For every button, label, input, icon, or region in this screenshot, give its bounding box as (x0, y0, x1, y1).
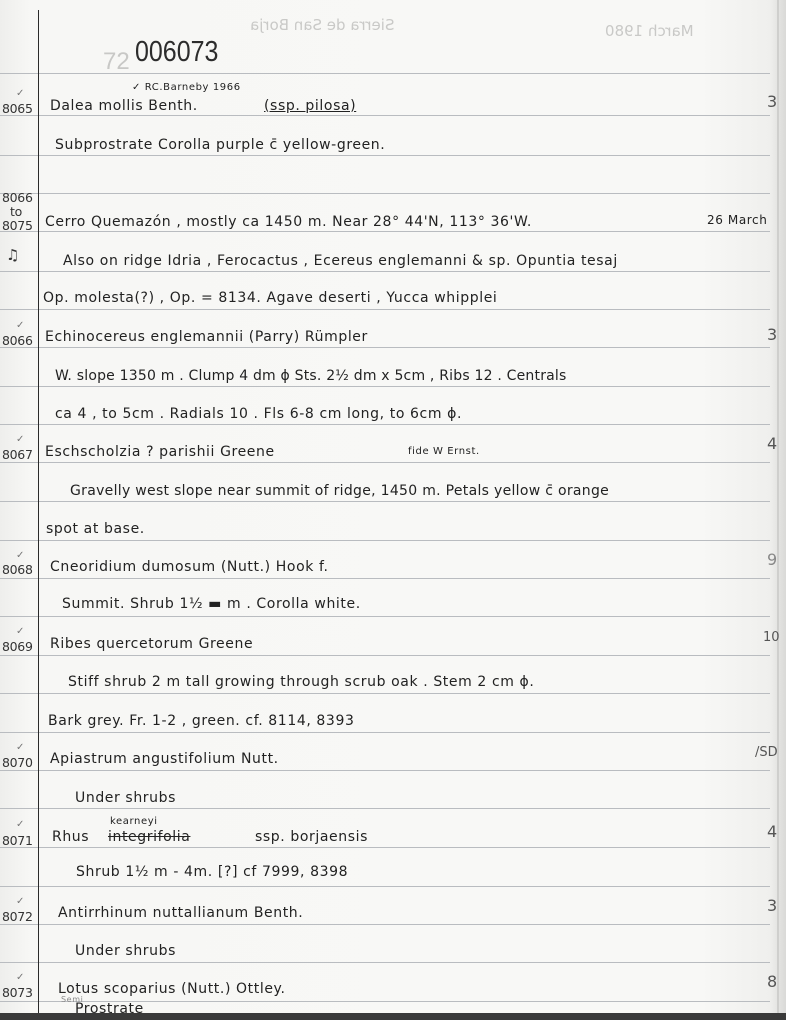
taxon-annotation: (ssp. pilosa) (264, 98, 356, 114)
accession-stamp: 006073 (135, 36, 218, 69)
check-mark: ✓ (16, 320, 24, 331)
locality-line: Op. molesta(?) , Op. = 8134. Agave deser… (43, 290, 497, 306)
ruled-line (0, 462, 770, 463)
entry-note: Prostrate (75, 1001, 144, 1017)
music-note-icon: ♫ (6, 246, 19, 264)
taxon-name: Ribes quercetorum Greene (50, 636, 253, 652)
stamp-ghost-number: 72 (103, 48, 130, 76)
entry-number: 8068 (2, 562, 33, 577)
entry-note: Under shrubs (75, 790, 176, 806)
range-start: 8066 (2, 190, 33, 205)
locality-line: Cerro Quemazón , mostly ca 1450 m. Near … (45, 214, 532, 230)
check-mark: ✓ (16, 550, 24, 561)
ruled-line (0, 271, 770, 272)
ruled-line (0, 962, 770, 963)
ruled-line (0, 770, 770, 771)
ruled-line (0, 347, 770, 348)
ruled-line (0, 732, 770, 733)
entry-number: 8072 (2, 909, 33, 924)
notebook-page: Sierra de San Borja March 1980 72 006073… (0, 0, 786, 1020)
taxon-annotation: fide W Ernst. (408, 446, 480, 457)
ruled-line (0, 501, 770, 502)
bleed-through-location: Sierra de San Borja (250, 16, 394, 34)
ruled-line (0, 424, 770, 425)
margin-line (38, 10, 39, 1020)
taxon-name: Dalea mollis Benth. (50, 98, 198, 114)
verification-note: ✓ RC.Barneby 1966 (132, 82, 241, 93)
entry-number: 8066 (2, 333, 33, 348)
taxon-name: Apiastrum angustifolium Nutt. (50, 751, 279, 767)
ruled-line (0, 231, 770, 232)
margin-count: 3 (767, 896, 777, 915)
margin-count: 9 (767, 550, 777, 569)
taxon-struck-epithet: integrifolia (108, 829, 190, 845)
entry-note: Gravelly west slope near summit of ridge… (70, 483, 609, 499)
ruled-line (0, 847, 770, 848)
margin-count: /SD (755, 745, 778, 760)
ruled-line (0, 924, 770, 925)
entry-number: 8069 (2, 639, 33, 654)
taxon-name: Lotus scoparius (Nutt.) Ottley. (58, 981, 286, 997)
taxon-genus: Rhus (52, 829, 89, 845)
taxon-name: Cneoridium dumosum (Nutt.) Hook f. (50, 559, 329, 575)
entry-number: 8073 (2, 985, 33, 1000)
taxon-name: Echinocereus englemannii (Parry) Rümpler (45, 329, 368, 345)
check-mark: ✓ (16, 626, 24, 637)
margin-count: 3 (767, 92, 777, 111)
entry-note: Summit. Shrub 1½ ▬ m . Corolla white. (62, 596, 361, 612)
margin-count: 4 (767, 822, 777, 841)
entry-number: 8067 (2, 447, 33, 462)
locality-line: Also on ridge Idria , Ferocactus , Ecere… (63, 253, 618, 269)
taxon-name: Antirrhinum nuttallianum Benth. (58, 905, 303, 921)
collection-date: 26 March (707, 213, 767, 227)
range-to: to (10, 204, 22, 219)
margin-count: 4 (767, 434, 777, 453)
check-mark: ✓ (16, 819, 24, 830)
margin-count: 3 (767, 325, 777, 344)
ruled-line (0, 193, 770, 194)
ruled-line (0, 578, 770, 579)
range-end: 8075 (2, 218, 33, 233)
margin-count: 10 (763, 630, 780, 645)
ruled-line (0, 540, 770, 541)
taxon-inserted-epithet: kearneyi (110, 816, 158, 827)
entry-note: Shrub 1½ m - 4m. [?] cf 7999, 8398 (76, 864, 348, 880)
ruled-line (0, 155, 770, 156)
taxon-subspecies: ssp. borjaensis (255, 829, 368, 845)
entry-number: 8070 (2, 755, 33, 770)
entry-note: Stiff shrub 2 m tall growing through scr… (68, 674, 534, 690)
ruled-line (0, 309, 770, 310)
entry-number: 8071 (2, 833, 33, 848)
entry-note: Subprostrate Corolla purple c̄ yellow-gr… (55, 137, 385, 153)
entry-note: spot at base. (46, 521, 145, 537)
check-mark: ✓ (16, 88, 24, 99)
ruled-line (0, 115, 770, 116)
entry-note: Under shrubs (75, 943, 176, 959)
ruled-line (0, 886, 770, 887)
bleed-through-date: March 1980 (605, 22, 694, 40)
ruled-line (0, 655, 770, 656)
entry-number: 8065 (2, 101, 33, 116)
check-mark: ✓ (16, 742, 24, 753)
page-edge (777, 0, 779, 1020)
ruled-line (0, 808, 770, 809)
ruled-line (0, 616, 770, 617)
margin-count: 8 (767, 972, 777, 991)
check-mark: ✓ (16, 434, 24, 445)
entry-note: ca 4 , to 5cm . Radials 10 . Fls 6-8 cm … (55, 406, 462, 422)
entry-note: Bark grey. Fr. 1-2 , green. cf. 8114, 83… (48, 713, 354, 729)
entry-note: W. slope 1350 m . Clump 4 dm ϕ Sts. 2½ d… (55, 368, 567, 384)
taxon-name: Eschscholzia ? parishii Greene (45, 444, 275, 460)
check-mark: ✓ (16, 972, 24, 983)
check-mark: ✓ (16, 896, 24, 907)
ruled-line (0, 693, 770, 694)
ruled-line (0, 386, 770, 387)
